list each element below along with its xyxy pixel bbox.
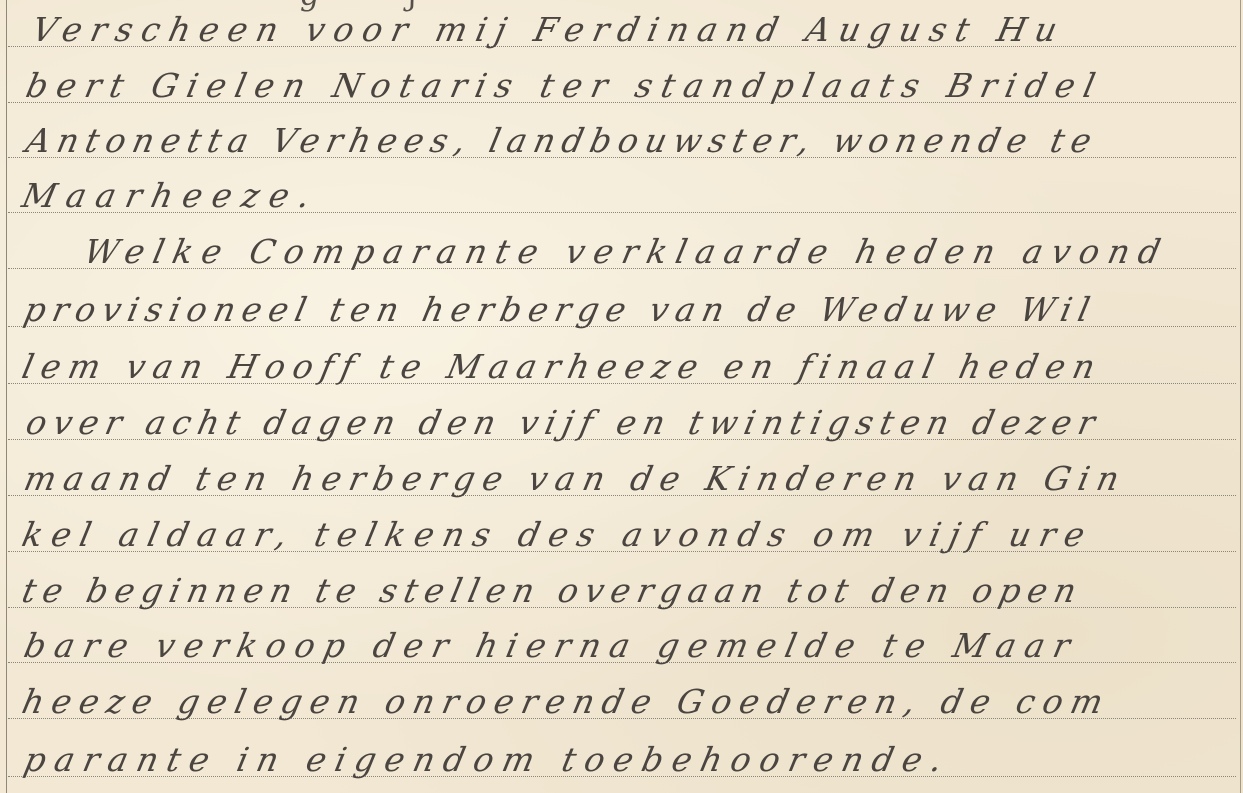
text-line-9: maand ten herberge van de Kinderen van G… (20, 457, 1131, 501)
text-line-13: heeze gelegen onroerende Goederen, de co… (18, 680, 1115, 724)
text-line-1: Verscheen voor mij Ferdinand August Hu (28, 8, 1070, 52)
text-line-3: Antonetta Verhees, landbouwster, wonende… (22, 119, 1102, 163)
text-line-2: bert Gielen Notaris ter standplaats Brid… (22, 64, 1108, 108)
text-line-8: over acht dagen den vijf en twintigsten … (22, 401, 1106, 445)
text-line-5: Welke Comparante verklaarde heden avond (80, 230, 1173, 274)
text-line-4: Maarheeze. (18, 174, 324, 218)
text-line-7: lem van Hooff te Maarheeze en finaal hed… (18, 345, 1107, 389)
right-margin-line (1240, 0, 1241, 793)
text-line-14: parante in eigendom toebehoorende. (20, 738, 955, 782)
text-line-6: provisioneel ten herberge van de Weduwe … (20, 288, 1101, 332)
cropped-previous-line: ɡ ʃ (300, 0, 457, 8)
document-page: ɡ ʃ Verscheen voor mij Ferdinand August … (0, 0, 1243, 793)
text-line-12: bare verkoop der hierna gemelde te Maar (20, 624, 1083, 668)
text-line-11: te beginnen te stellen overgaan tot den … (18, 569, 1087, 613)
left-margin-line (6, 0, 7, 793)
text-line-10: kel aldaar, telkens des avonds om vijf u… (18, 513, 1098, 557)
